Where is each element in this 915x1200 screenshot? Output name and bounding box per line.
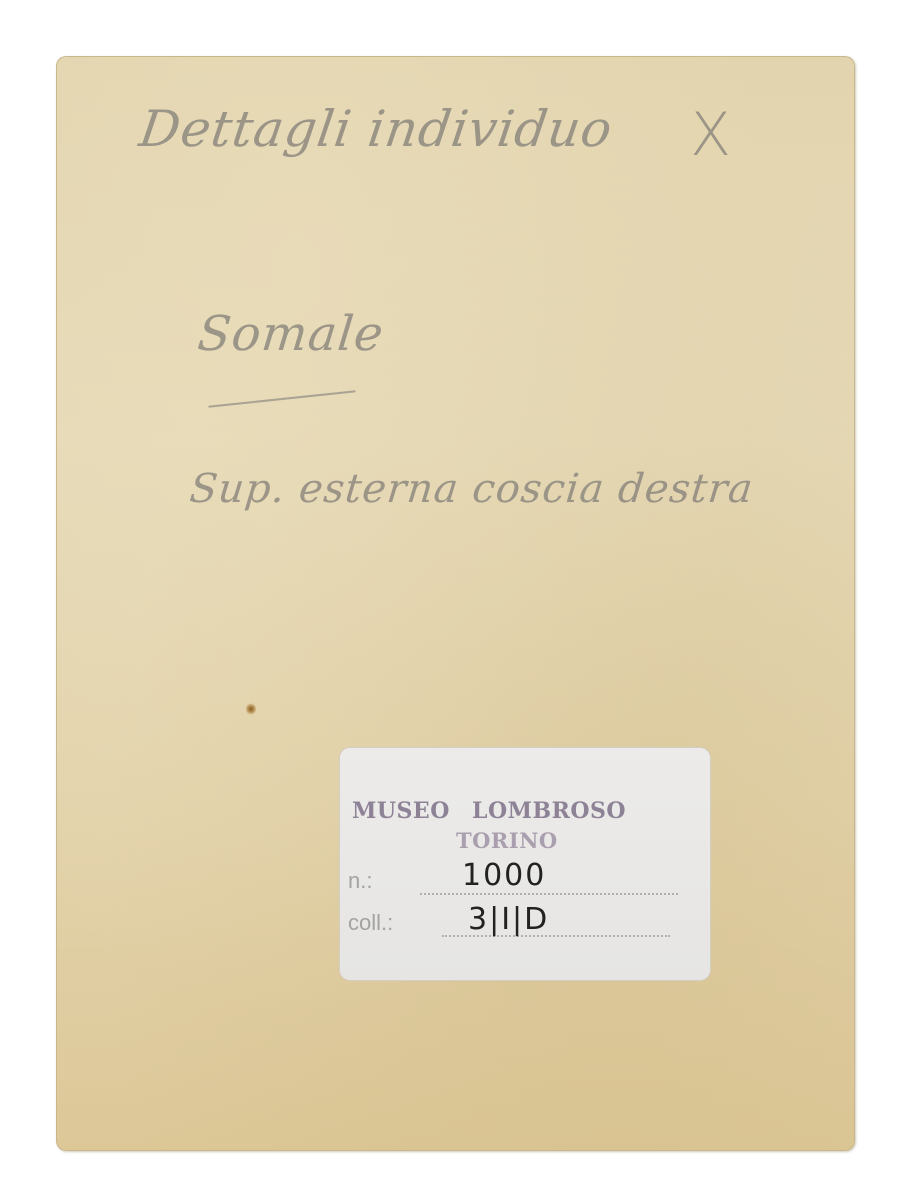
handwritten-x-mark: X [690, 100, 732, 170]
photo-back-card [56, 56, 855, 1151]
collection-value: 3|I|D [468, 902, 549, 937]
museum-label: MUSEO LOMBROSO TORINO n.: 1000 coll.: 3|… [340, 748, 710, 980]
stamp-museum-name: MUSEO LOMBROSO [352, 798, 626, 824]
collection-field-label: coll.: [348, 910, 393, 936]
number-value: 1000 [462, 858, 546, 893]
number-field-label: n.: [348, 868, 372, 894]
number-dotted-line [420, 893, 678, 895]
handwritten-title: Dettagli individuo [136, 100, 616, 158]
stain-spot [246, 703, 256, 715]
handwritten-subject: Somale [195, 306, 387, 362]
stamp-city: TORINO [456, 828, 558, 853]
handwritten-description: Sup. esterna coscia destra [188, 466, 756, 512]
